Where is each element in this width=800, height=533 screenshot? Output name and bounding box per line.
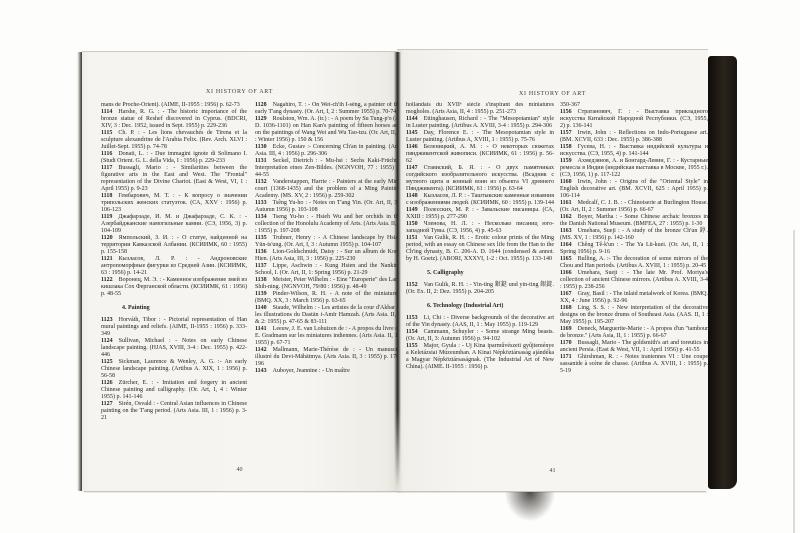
entry-text: Irwin, John : - Origins of the "Oriental… [560, 179, 708, 199]
entry-number: 1132 [255, 179, 273, 185]
bibliography-entry: 1124Sullivan, Michael : - Notes on early… [101, 338, 247, 359]
entry-number: 1159 [560, 158, 578, 164]
entry-text: Гембарович, М. Т. : - К вопросу о значен… [101, 193, 247, 213]
entry-number: 1162 [560, 214, 578, 220]
bibliography-entry: 1117Bussagli, Mario : - Similarities bet… [101, 165, 247, 193]
entry-number: 1160 [560, 179, 578, 185]
entry-number: 1123 [101, 317, 119, 323]
entry-text: Ettinghausen, Richard : - The "Mesopotam… [406, 116, 554, 129]
entry-text: Стратанович, Г. : - Выставка прикладного… [560, 109, 708, 129]
entry-number: 1140 [255, 305, 273, 311]
bibliography-entry: 1130Ecke, Gustav :- Concerning Ch'an in … [255, 144, 401, 158]
bibliography-entry: 1115Ch. P. : - Les lions chevauchés de T… [101, 130, 247, 151]
entry-text: Boyer, Martha : - Some Chinese archaic b… [560, 214, 708, 227]
entry-number: 1126 [101, 380, 119, 386]
entry-text: Sullivan, Michael : - Notes on early Chi… [101, 338, 247, 358]
entry-number: 1147 [406, 165, 424, 171]
entry-text: Кызласов, Л. Р. : - Андроновские антропо… [101, 256, 247, 276]
entry-number: 1131 [255, 158, 273, 164]
entry-number: 1134 [255, 214, 273, 220]
entry-number: 1127 [101, 401, 119, 407]
entry-text: Tsêng Yu-ho : - Notes on T'ang Yin. (Or.… [255, 200, 401, 213]
bibliography-entry: 1131Seckel, Dietrich : - Mu-hsi : Sechs … [255, 158, 401, 179]
bibliography-entry: 1155Major, Gyula : - Uj Kina iparművésze… [406, 343, 554, 371]
entry-text: Umehara, Sueji : - The late Mr. Prof. Mo… [560, 270, 708, 290]
entry-number: 1130 [255, 144, 273, 150]
entry-number: 1124 [101, 338, 119, 344]
running-head-right: XI HISTORY OF ART [397, 91, 708, 97]
entry-text: Гусева, Н. : - Выставка индийской культу… [560, 144, 708, 157]
entry-number: 1165 [560, 256, 578, 262]
entry-number: 1148 [406, 193, 424, 199]
section-heading: 4. Painting [122, 305, 247, 312]
entry-number: 1143 [255, 368, 273, 374]
page-number-left: 40 [82, 467, 397, 473]
entry-number: 1166 [560, 270, 578, 276]
entry-number: 1152 [406, 282, 424, 288]
bibliography-entry: 1118Гембарович, М. Т. : - К вопросу о зн… [101, 193, 247, 214]
bibliography-entry: 1160Irwin, John : - Origins of the "Orie… [560, 179, 708, 200]
bibliography-entry: 1128Nagahiro, T. : - On Wei-ch'ih I-sêng… [255, 102, 401, 116]
text-columns-right: hollandais du XVIIᵉ siècle s'inspirant d… [406, 102, 708, 468]
bibliography-entry: 1151Van Gulik, R. H. : - Erotic colour p… [406, 235, 554, 263]
entry-text: Ghirshman, R. : - Notes iraniennes VI : … [560, 354, 708, 374]
bibliography-entry: 1157Irwin, John : - Reflections on Indo-… [560, 130, 708, 144]
entry-text: Umehara, Sueji : - A study of the bronze… [560, 228, 708, 241]
bibliography-entry: 1147Ставиский, Б. Я. : - О двух памятник… [406, 165, 554, 193]
entry-number: 1161 [560, 200, 578, 206]
entry-number: 1120 [101, 235, 119, 241]
bibliography-entry: 1154Cammann, Schuyler : - Some strange M… [406, 329, 554, 343]
entry-text: Gray, Basil : - The inlaid metalwork of … [560, 291, 708, 304]
bibliography-entry: 1142Mallmann, Marie-Thérèse de : - Un ma… [255, 347, 401, 368]
entry-text: Harshe, R. G. : - The historic importanc… [101, 109, 247, 129]
bibliography-entry: 1158Гусева, Н. : - Выставка индийской ку… [560, 144, 708, 158]
bibliography-entry: 1146Беленицкий, А. М. : - О некоторых сю… [406, 144, 554, 165]
entry-text: Кызласов, Л. Р. : - Таштыкские каменные … [406, 193, 554, 206]
bibliography-entry: 1171Ghirshman, R. : - Notes iraniennes V… [560, 354, 708, 375]
entry-text: Cammann, Schuyler : - Some strange Ming … [406, 329, 554, 342]
entry-text: Членова, Н. Л. : - Несколько писаниц юго… [406, 221, 554, 234]
text-columns-left: mans de Proche-Orient). (AIME, II-1955 :… [101, 102, 401, 468]
bibliography-entry: 1127Sirén, Osvald : - Central Asian infl… [101, 401, 247, 422]
entry-number: 1163 [560, 228, 578, 234]
entry-text: Sickman, Laurence & Wenley, A. G. :- An … [101, 359, 247, 379]
bibliography-entry: 1144Ettinghausen, Richard : - The "Mesop… [406, 116, 554, 130]
bibliography-entry: 1159Ахмедзянов, А. и Бонгард-Левин, Г. :… [560, 158, 708, 179]
book-bottom-shadow [498, 492, 562, 533]
entry-text: Bussagli, Mario : - Similarities between… [101, 165, 247, 192]
entry-text: Sirén, Osvald : - Central Asian influenc… [101, 401, 247, 421]
bibliography-entry: 1141Leeuw, J. E. van Lohuizen de : - A p… [255, 326, 401, 347]
running-head-left: XI HISTORY OF ART [82, 89, 397, 95]
entry-text: Джафарзаде, И. М. и Джафарзаде, С. К. : … [101, 214, 247, 234]
entry-number: 1121 [101, 256, 119, 262]
entry-number: 1150 [406, 221, 424, 227]
entry-text: Nagahiro, T. : - On Wei-ch'ih I-sêng, a … [255, 102, 401, 115]
entry-continuation: 350-367 [560, 102, 708, 109]
entry-text: Ахмедзянов, А. и Бонгард-Левин, Г. : - К… [560, 158, 708, 178]
entry-text: Bussagli, Mario - The goldsmith's art an… [560, 340, 708, 353]
entry-text: Medcalf, C. J. B. : - Chinoiserie at Bur… [560, 200, 708, 213]
entry-text: Ch. P. : - Les lions chevauchés de Tiren… [101, 130, 247, 150]
entry-number: 1118 [101, 193, 118, 199]
entry-text: Lippe, Aschwin : - Kung Hsien and the Na… [255, 263, 401, 276]
bibliography-entry: 1126Zürcher, E. : - Imitation and forger… [101, 380, 247, 401]
bibliography-entry: 1143Auboyer, Jeannine : - Un maître [255, 368, 401, 375]
bibliography-entry: 1119Джафарзаде, И. М. и Джафарзаде, С. К… [101, 214, 247, 235]
entry-text: Chêng Tê-k'un : - The Ya Lü-kuei. (Or. A… [560, 242, 708, 255]
entry-text: Deneck, Marguerite-Marie : - A propos d'… [560, 326, 708, 339]
entry-number: 1167 [560, 291, 578, 297]
entry-number: 1141 [255, 326, 273, 332]
bibliography-entry: 1145Day, Florence E. : - The Mesopotamia… [406, 130, 554, 144]
section-heading-label: 4. Painting [122, 305, 150, 311]
bibliography-entry: 1161Medcalf, C. J. B. : - Chinoiserie at… [560, 200, 708, 214]
bibliography-entry: 1129Roulston, Wm. A. (tr.) : - A poem by… [255, 116, 401, 144]
text-column: 350-3671156Стратанович, Г. : - Выставка … [560, 102, 708, 468]
entry-text: Donati, L. : - Due immagini ignote di So… [101, 151, 247, 164]
entry-text: Seckel, Dietrich : - Mu-hsi : Sechs Kaki… [255, 158, 401, 178]
entry-number: 1146 [406, 144, 424, 150]
entry-text: Li, Chi : - Diverse backgrounds of the d… [406, 315, 554, 328]
bibliography-entry: 1133Tsêng Yu-ho : - Notes on T'ang Yin. … [255, 200, 401, 214]
entry-text: Pinder-Wilson, R. H. - A note of the min… [255, 291, 401, 304]
entry-text: Lion-Goldschmidt, Daisy : - Sur un album… [255, 249, 401, 262]
entry-text: Воронец, М. Э. : - Каменное изображение … [101, 277, 247, 297]
bibliography-entry: 1114Harshe, R. G. : - The historic impor… [101, 109, 247, 130]
entry-text: Bulling, A. :- The decoration of some mi… [560, 256, 708, 269]
book-bottom-edge [84, 491, 706, 493]
entry-number: 1169 [560, 326, 578, 332]
entry-number: 1142 [255, 347, 273, 353]
entry-text: hollandais du XVIIᵉ siècle s'inspirant d… [406, 102, 554, 115]
entry-text: Vanderstappen, Harrie : - Painters at th… [255, 179, 401, 199]
book-page-left: XI HISTORY OF ART mans de Proche-Orient)… [82, 52, 397, 492]
bibliography-entry: 1120Ямпольский, З. И. : - О статуе, найд… [101, 235, 247, 256]
entry-number: 1115 [101, 130, 118, 136]
scan-edge-artifact [793, 230, 795, 533]
bibliography-entry: 1152Van Gulik, R. H. : - Yin-ting 銀鋌 und… [406, 282, 554, 296]
entry-number: 1149 [406, 207, 424, 213]
entry-text: Ling, S. S. : - New interpretation of th… [560, 305, 708, 325]
entry-text: 350-367 [560, 102, 580, 108]
entry-text: Ecke, Gustav :- Concerning Ch'an in pain… [255, 144, 401, 157]
bibliography-entry: 1121Кызласов, Л. Р. : - Андроновские ант… [101, 256, 247, 277]
bibliography-entry: 1165Bulling, A. :- The decoration of som… [560, 256, 708, 270]
entry-text: Major, Gyula : - Uj Kina iparművészeti g… [406, 343, 554, 370]
entry-number: 1116 [101, 151, 118, 157]
entry-number: 1136 [255, 249, 273, 255]
entry-number: 1155 [406, 343, 424, 349]
entry-text: Zürcher, E. : - Imitation and forgery in… [101, 380, 247, 400]
entry-number: 1171 [560, 354, 578, 360]
bibliography-entry: 1164Chêng Tê-k'un : - The Ya Lü-kuei. (O… [560, 242, 708, 256]
entry-text: Tseng Yu-ho : - Hsieh Wu and her orchids… [255, 214, 401, 234]
entry-number: 1168 [560, 305, 578, 311]
bibliography-entry: 1123Horváth, Tibor : - Pictorial represe… [101, 317, 247, 338]
entry-number: 1133 [255, 200, 273, 206]
section-heading: 6. Technology (Industrial Art) [427, 303, 554, 310]
entry-number: 1164 [560, 242, 578, 248]
text-column: hollandais du XVIIᵉ siècle s'inspirant d… [406, 102, 554, 468]
entry-text: Полесских, М. Р. : - Завальские писаницы… [406, 207, 554, 220]
entry-number: 1157 [560, 130, 578, 136]
entry-number: 1114 [101, 109, 118, 115]
entry-number: 1144 [406, 116, 424, 122]
entry-number: 1154 [406, 329, 424, 335]
entry-number: 1145 [406, 130, 424, 136]
entry-number: 1117 [101, 165, 118, 171]
entry-number: 1128 [255, 102, 273, 108]
entry-text: Van Gulik, R. H. : - Erotic colour print… [406, 235, 554, 262]
entry-text: Leeuw, J. E. van Lohuizen de : - A propo… [255, 326, 401, 346]
entry-number: 1170 [560, 340, 578, 346]
bibliography-entry: 1163Umehara, Sueji : - A study of the br… [560, 228, 708, 242]
bibliography-entry: 1170Bussagli, Mario - The goldsmith's ar… [560, 340, 708, 354]
entry-text: Mallmann, Marie-Thérèse de : - Un manusc… [255, 347, 401, 367]
book-page-right: XI HISTORY OF ART hollandais du XVIIᵉ si… [397, 50, 708, 493]
text-column: mans de Proche-Orient). (AIME, II-1955 :… [101, 102, 247, 468]
bibliography-entry: 1156Стратанович, Г. : - Выставка приклад… [560, 109, 708, 130]
entry-text: Meister, Peter Wilhelm : - Eine "Europer… [255, 277, 401, 290]
entry-text: Ямпольский, З. И. : - О статуе, найденно… [101, 235, 247, 255]
bibliography-entry: 1132Vanderstappen, Harrie : - Painters a… [255, 179, 401, 200]
text-column: 1128Nagahiro, T. : - On Wei-ch'ih I-sêng… [255, 102, 401, 468]
entry-number: 1122 [101, 277, 119, 283]
entry-number: 1158 [560, 144, 578, 150]
entry-text: Van Gulik, R. H. : - Yin-ting 銀鋌 und yin… [406, 282, 554, 295]
entry-text: Беленицкий, А. М. : - О некоторых сюжета… [406, 144, 554, 164]
entry-text: Auboyer, Jeannine : - Un maître [273, 368, 350, 374]
entry-text: Trubner, Henry : - A Chinese landscape b… [255, 235, 401, 248]
bibliography-entry: 1166Umehara, Sueji : - The late Mr. Prof… [560, 270, 708, 291]
bibliography-entry: 1168Ling, S. S. : - New interpretation o… [560, 305, 708, 326]
book-gutter-shadow [394, 52, 401, 488]
bibliography-entry: 1138Meister, Peter Wilhelm : - Eine "Eur… [255, 277, 401, 291]
bibliography-entry: 1134Tseng Yu-ho : - Hsieh Wu and her orc… [255, 214, 401, 235]
entry-number: 1129 [255, 116, 273, 122]
bibliography-entry: 1135Trubner, Henry : - A Chinese landsca… [255, 235, 401, 249]
section-heading-label: 5. Calligraphy [427, 270, 464, 276]
entry-text: Roulston, Wm. A. (tr.) : - A poem by Su … [255, 116, 401, 143]
entry-number: 1139 [255, 291, 273, 297]
bibliography-entry: 1148Кызласов, Л. Р. : - Таштыкские камен… [406, 193, 554, 207]
entry-text: Ставиский, Б. Я. : - О двух памятниках с… [406, 165, 554, 192]
entry-text: Day, Florence E. : - The Mesopotamian st… [406, 130, 554, 143]
bibliography-entry: 1139Pinder-Wilson, R. H. - A note of the… [255, 291, 401, 305]
entry-number: 1137 [255, 263, 273, 269]
bibliography-entry: 1116Donati, L. : - Due immagini ignote d… [101, 151, 247, 165]
bibliography-entry: 1125Sickman, Laurence & Wenley, A. G. :-… [101, 359, 247, 380]
entry-text: Staude, Wilhelm : - Les artistes de la c… [255, 305, 401, 325]
entry-text: Horváth, Tibor : - Pictorial representat… [101, 317, 247, 337]
entry-number: 1151 [406, 235, 424, 241]
entry-number: 1125 [101, 359, 119, 365]
entry-continuation: mans de Proche-Orient). (AIME, II-1955 :… [101, 102, 247, 109]
entry-number: 1138 [255, 277, 273, 283]
section-heading: 5. Calligraphy [427, 270, 554, 277]
bibliography-entry: 1149Полесских, М. Р. : - Завальские писа… [406, 207, 554, 221]
entry-number: 1156 [560, 109, 578, 115]
entry-text: mans de Proche-Orient). (AIME, II-1955 :… [101, 102, 240, 108]
entry-text: Irwin, John : - Reflections on Indo-Port… [560, 130, 708, 143]
bibliography-entry: 1167Gray, Basil : - The inlaid metalwork… [560, 291, 708, 305]
book-fore-edge [708, 56, 737, 489]
bibliography-entry: 1137Lippe, Aschwin : - Kung Hsien and th… [255, 263, 401, 277]
page-number-right: 41 [397, 468, 708, 474]
scanned-book-spread: XI HISTORY OF ART mans de Proche-Orient)… [0, 0, 800, 533]
bibliography-entry: 1122Воронец, М. Э. : - Каменное изображе… [101, 277, 247, 298]
entry-continuation: hollandais du XVIIᵉ siècle s'inspirant d… [406, 102, 554, 116]
bibliography-entry: 1140Staude, Wilhelm : - Les artistes de … [255, 305, 401, 326]
entry-number: 1135 [255, 235, 273, 241]
bibliography-entry: 1153Li, Chi : - Diverse backgrounds of t… [406, 315, 554, 329]
entry-number: 1119 [101, 214, 118, 220]
bibliography-entry: 1162Boyer, Martha : - Some Chinese archa… [560, 214, 708, 228]
entry-number: 1153 [406, 315, 424, 321]
bibliography-entry: 1150Членова, Н. Л. : - Несколько писаниц… [406, 221, 554, 235]
bibliography-entry: 1136Lion-Goldschmidt, Daisy : - Sur un a… [255, 249, 401, 263]
section-heading-label: 6. Technology (Industrial Art) [427, 303, 503, 309]
bibliography-entry: 1169Deneck, Marguerite-Marie : - A propo… [560, 326, 708, 340]
